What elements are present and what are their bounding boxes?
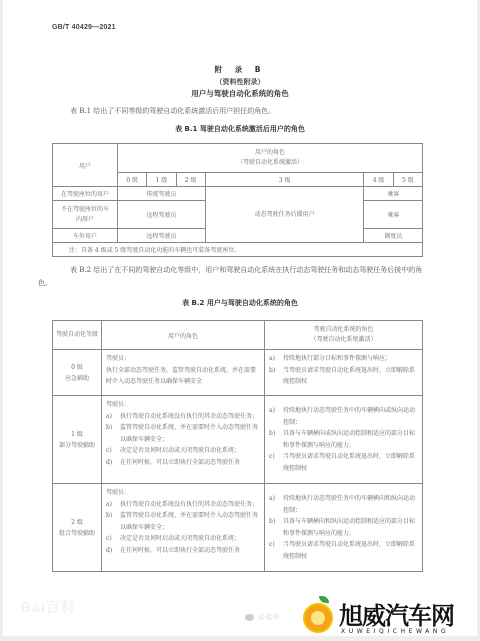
t2-row2-user: 驾驶员： a)执行驾驶自动化系统没有执行的其余动态驾驶任务； b)监管驾驶自动化… [102,484,265,572]
t2-row0-sys-item: b)当驾驶员请求驾驶自动化系统退出时，立即解除系统控制权 [269,365,418,388]
t1-note: 注：具备 4 级或 5 级驾驶自动化功能的车辆也可装备驾驶座位。 [53,243,423,257]
t1-row1-low: 远程驾驶员 [118,201,206,229]
paragraph-2: 表 B.2 给出了在不同的驾驶自动化等级中，用户和驾驶自动化系统在执行动态驾驶任… [38,264,423,290]
item-label: d) [106,545,120,557]
item-label: c) [269,539,283,562]
item-label: b) [106,510,120,533]
t2-row1-level-num: 1 级 [53,429,101,440]
item-text: 持续地执行动态驾驶任务中的车辆横向和纵向运动控制； [283,493,418,516]
t2-row-level0: 0 级 应急辅助 驾驶员： 执行全部动态驾驶任务，监管驾驶自动化系统，并在需要时… [53,350,423,396]
item-text: 在任何时候，可以立即执行全部动态驾驶任务 [120,457,240,469]
t1-row1-user: 不在驾驶座位的车内用户 [53,201,118,229]
item-text: 具备与车辆横向和纵向运动控制相适应的部分目标和事件探测与响应的能力； [283,516,418,539]
orange-icon [303,603,333,633]
item-text: 监管驾驶自动化系统，并在需要时介入动态驾驶任务以确保车辆安全； [120,510,260,533]
annex-name: 用户与驾驶自动化系统的角色 [3,88,477,99]
t2-row0-sys-item: a)持续地执行部分目标和事件探测与响应； [269,353,418,365]
item-text: 具备与车辆横向或纵向运动控制相适应的部分目标和事件探测与响应的能力； [283,428,418,451]
t2-row-level2: 2 级 组合驾驶辅助 驾驶员： a)执行驾驶自动化系统没有执行的其余动态驾驶任务… [53,484,423,572]
t2-row1-sys-item: b)具备与车辆横向或纵向运动控制相适应的部分目标和事件探测与响应的能力； [269,428,418,451]
wechat-label: 公众号 [258,613,279,621]
t2-row0-level-name: 应急辅助 [53,373,101,384]
t1-row0-user: 在驾驶座位的用户 [53,187,118,201]
t2-row0-user: 驾驶员： 执行全部动态驾驶任务，监管驾驶自动化系统，并在需要时介入动态驾驶任务以… [102,350,265,396]
item-text: 决定是否及何时启动或关闭驾驶自动化系统； [120,445,240,457]
t2-row2-system: a)持续地执行动态驾驶任务中的车辆横向和纵向运动控制； b)具备与车辆横向和纵向… [265,484,423,572]
t1-row2-low: 远程驾驶员 [118,229,206,243]
t2-row-level1: 1 级 部分驾驶辅助 驾驶员： a)执行驾驶自动化系统没有执行的其余动态驾驶任务… [53,396,423,484]
t2-header-system-line1: 驾驶自动化系统的角色 [265,325,422,335]
t2-row2-user-item: b)监管驾驶自动化系统，并在需要时介入动态驾驶任务以确保车辆安全； [106,510,260,533]
baike-watermark: Bai百科 [21,597,76,617]
t2-header-system-line2: （驾驶自动化系统激活） [265,335,422,345]
t1-header-role-line1: 用户的角色 [118,148,422,158]
t2-row1-user-item: b)监管驾驶自动化系统，并在需要时介入动态驾驶任务以确保车辆安全； [106,422,260,445]
item-label: c) [106,533,120,545]
table-b1: 用户 用户的角色 （驾驶自动化系统激活） 0 级 1 级 2 级 3 级 4 级… [52,143,423,257]
wechat-watermark: 公众号 [245,612,279,622]
t2-row2-level-name: 组合驾驶辅助 [53,528,101,539]
t2-row0-level: 0 级 应急辅助 [53,350,102,396]
item-label: a) [269,405,283,428]
item-label: a) [106,499,120,511]
t2-row2-sys-item: c)当驾驶员请求驾驶自动化系统退出时，立即解除系统控制权 [269,539,418,562]
t1-row2-high: 调度员 [364,229,423,243]
item-label: a) [106,411,120,423]
t2-row2-user-item: d)在任何时候，可以立即执行全部动态驾驶任务 [106,545,260,557]
t1-level-1: 1 级 [147,173,176,187]
t1-level-0: 0 级 [118,173,147,187]
item-label: c) [106,445,120,457]
item-text: 当驾驶员请求驾驶自动化系统退出时，立即解除系统控制权 [283,365,418,388]
item-text: 决定是否及何时启动或关闭驾驶自动化系统； [120,533,240,545]
t2-row2-level-num: 2 级 [53,517,101,528]
t2-row2-sys-item: a)持续地执行动态驾驶任务中的车辆横向和纵向运动控制； [269,493,418,516]
annex-title: 附 录 B [3,64,477,75]
paragraph-1: 表 B.1 给出了不同等级的驾驶自动化系统激活后用户担任的角色。 [70,105,275,118]
item-text: 当驾驶员请求驾驶自动化系统退出时，立即解除系统控制权 [283,539,418,562]
item-text: 执行驾驶自动化系统没有执行的其余动态驾驶任务； [120,411,258,423]
annex-subtitle: （资料性附录） [3,77,477,87]
item-text: 当驾驶员请求驾驶自动化系统退出时，立即解除系统控制权 [283,451,418,474]
t1-header-user: 用户 [53,144,118,187]
t1-row1-high: 乘客 [364,201,423,229]
wechat-icon [245,614,254,621]
t2-row1-user-item: a)执行驾驶自动化系统没有执行的其余动态驾驶任务； [106,411,260,423]
item-text: 在任何时候，可以立即执行全部动态驾驶任务 [120,545,240,557]
t1-level-2: 2 级 [176,173,205,187]
document-page: GB/T 40429—2021 附 录 B （资料性附录） 用户与驾驶自动化系统… [3,0,477,636]
t2-row0-user-intro: 驾驶员： [106,353,260,365]
t1-level-5: 5 级 [393,173,422,187]
t2-row2-user-item: a)执行驾驶自动化系统没有执行的其余动态驾驶任务； [106,499,260,511]
item-text: 监管驾驶自动化系统，并在需要时介入动态驾驶任务以确保车辆安全； [120,422,260,445]
site-logo: 旭威汽车网 XUWEIQICHEWANG [303,594,473,638]
logo-text-cn: 旭威汽车网 [339,596,454,631]
item-label: b) [106,422,120,445]
t2-row1-user-item: c)决定是否及何时启动或关闭驾驶自动化系统； [106,445,260,457]
item-label: b) [269,428,283,451]
t2-row1-sys-item: c)当驾驶员请求驾驶自动化系统退出时，立即解除系统控制权 [269,451,418,474]
logo-text-en: XUWEIQICHEWANG [341,628,449,635]
t2-row2-user-intro: 驾驶员： [106,487,260,499]
t1-header-role-line2: （驾驶自动化系统激活） [118,158,422,168]
t2-header-level: 驾驶自动化等级 [53,321,102,350]
t2-row2-sys-item: b)具备与车辆横向和纵向运动控制相适应的部分目标和事件探测与响应的能力； [269,516,418,539]
t2-header-system: 驾驶自动化系统的角色 （驾驶自动化系统激活） [265,321,423,350]
t2-row1-level: 1 级 部分驾驶辅助 [53,396,102,484]
table1-caption: 表 B.1 驾驶自动化系统激活后用户的角色 [3,124,477,134]
t2-row1-sys-item: a)持续地执行动态驾驶任务中的车辆横向或纵向运动控制； [269,405,418,428]
t1-level3-role: 动态驾驶任务后援用户 [205,187,364,243]
t2-row2-level: 2 级 组合驾驶辅助 [53,484,102,572]
item-text: 持续地执行部分目标和事件探测与响应； [283,353,391,365]
t1-header-role: 用户的角色 （驾驶自动化系统激活） [118,144,423,173]
item-text: 执行驾驶自动化系统没有执行的其余动态驾驶任务； [120,499,258,511]
item-label: b) [269,516,283,539]
t2-row0-level-num: 0 级 [53,362,101,373]
t1-row2-user: 车外用户 [53,229,118,243]
item-label: c) [269,451,283,474]
t1-row0-low: 传统驾驶员 [118,187,206,201]
t2-row1-level-name: 部分驾驶辅助 [53,440,101,451]
t2-row1-user-intro: 驾驶员： [106,399,260,411]
t2-header-user: 用户的角色 [102,321,265,350]
table-b2: 驾驶自动化等级 用户的角色 驾驶自动化系统的角色 （驾驶自动化系统激活） 0 级… [52,320,423,572]
t2-row1-system: a)持续地执行动态驾驶任务中的车辆横向或纵向运动控制； b)具备与车辆横向或纵向… [265,396,423,484]
leaf-icon [319,596,329,603]
t1-row0-high: 乘客 [364,187,423,201]
t2-row1-user-item: d)在任何时候，可以立即执行全部动态驾驶任务 [106,457,260,469]
item-label: a) [269,353,283,365]
item-label: b) [269,365,283,388]
t2-row1-user: 驾驶员： a)执行驾驶自动化系统没有执行的其余动态驾驶任务； b)监管驾驶自动化… [102,396,265,484]
t2-row2-user-item: c)决定是否及何时启动或关闭驾驶自动化系统； [106,533,260,545]
t2-row0-user-text: 执行全部动态驾驶任务，监管驾驶自动化系统，并在需要时介入动态驾驶任务以确保车辆安… [106,365,260,388]
t1-level-4: 4 级 [364,173,393,187]
item-text: 持续地执行动态驾驶任务中的车辆横向或纵向运动控制； [283,405,418,428]
table2-caption: 表 B.2 用户与驾驶自动化系统的角色 [3,298,477,308]
t2-row0-system: a)持续地执行部分目标和事件探测与响应； b)当驾驶员请求驾驶自动化系统退出时，… [265,350,423,396]
t1-level-3: 3 级 [205,173,364,187]
item-label: d) [106,457,120,469]
item-label: a) [269,493,283,516]
standard-code: GB/T 40429—2021 [52,24,116,31]
